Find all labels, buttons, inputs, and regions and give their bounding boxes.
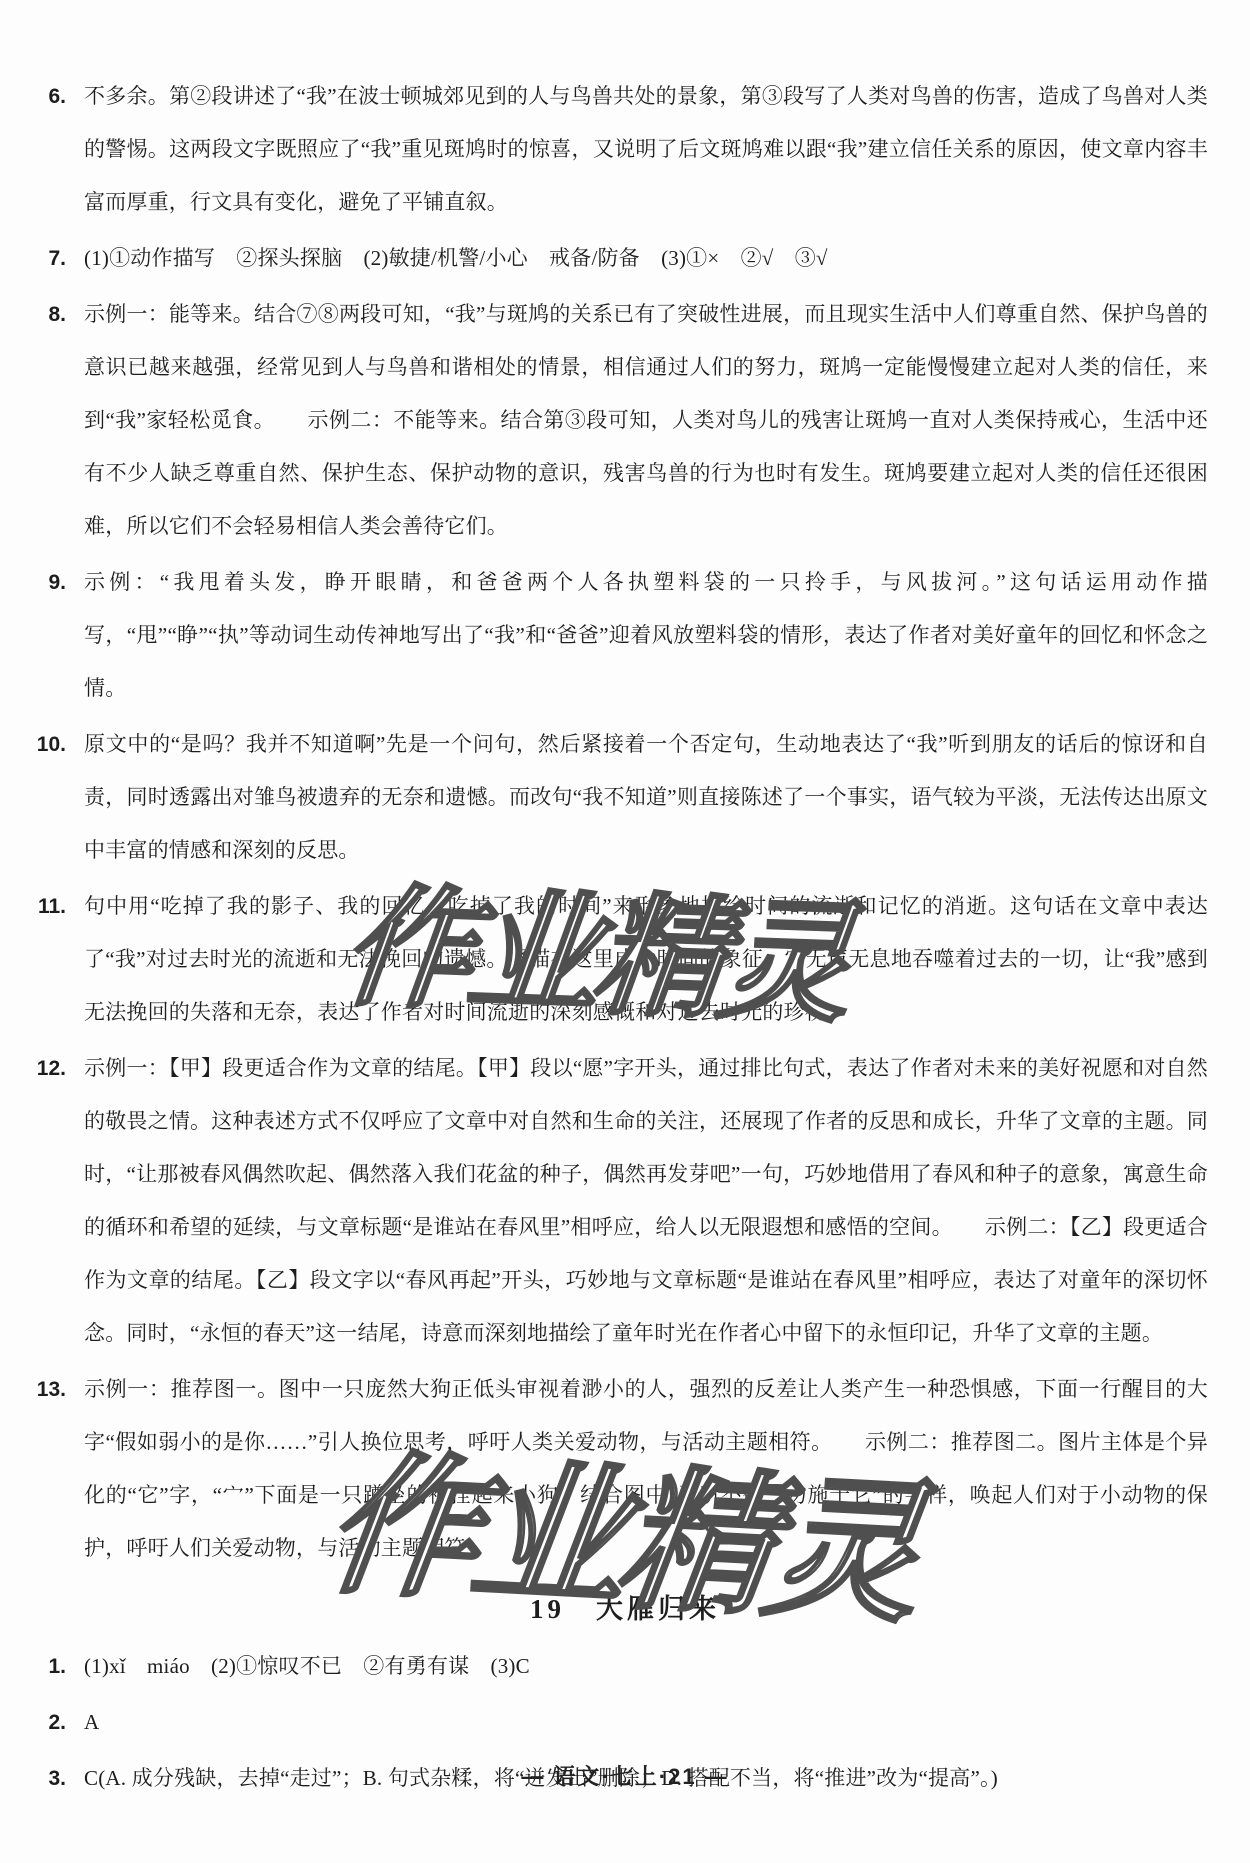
- answer-text: 示例：“我甩着头发，睁开眼睛，和爸爸两个人各执塑料袋的一只拎手，与风拔河。”这句…: [84, 556, 1208, 715]
- item-number: 6.: [0, 70, 84, 123]
- item-number: 13.: [0, 1363, 84, 1416]
- answer-text: 示例一：推荐图一。图中一只庞然大狗正低头审视着渺小的人，强烈的反差让人类产生一种…: [84, 1363, 1208, 1575]
- answer-text: 原文中的“是吗？我并不知道啊”先是一个问句，然后紧接着一个否定句，生动地表达了“…: [84, 718, 1208, 877]
- answer-item-12: 12. 示例一：【甲】段更适合作为文章的结尾。【甲】段以“愿”字开头，通过排比句…: [0, 1042, 1250, 1360]
- answers-list: 6. 不多余。第②段讲述了“我”在波士顿城郊见到的人与鸟兽共处的景象，第③段写了…: [0, 70, 1250, 1808]
- item-number: 2.: [0, 1696, 84, 1749]
- page-footer: — 语文·七上·21 —: [0, 1754, 1250, 1800]
- answer-text: 不多余。第②段讲述了“我”在波士顿城郊见到的人与鸟兽共处的景象，第③段写了人类对…: [84, 70, 1208, 229]
- answer-text: A: [84, 1696, 1208, 1749]
- answer-text: (1)xǐ miáo (2)①惊叹不已 ②有勇有谋 (3)C: [84, 1640, 1208, 1693]
- answer-item-9: 9. 示例：“我甩着头发，睁开眼睛，和爸爸两个人各执塑料袋的一只拎手，与风拔河。…: [0, 556, 1250, 715]
- page: 6. 不多余。第②段讲述了“我”在波士顿城郊见到的人与鸟兽共处的景象，第③段写了…: [0, 0, 1250, 1863]
- answer-item-10: 10. 原文中的“是吗？我并不知道啊”先是一个问句，然后紧接着一个否定句，生动地…: [0, 718, 1250, 877]
- answer-item-13: 13. 示例一：推荐图一。图中一只庞然大狗正低头审视着渺小的人，强烈的反差让人类…: [0, 1363, 1250, 1575]
- section-answer-1: 1. (1)xǐ miáo (2)①惊叹不已 ②有勇有谋 (3)C: [0, 1640, 1250, 1693]
- item-number: 12.: [0, 1042, 84, 1095]
- answer-item-8: 8. 示例一：能等来。结合⑦⑧两段可知，“我”与斑鸠的关系已有了突破性进展，而且…: [0, 288, 1250, 553]
- answer-item-11: 11. 句中用“吃掉了我的影子、我的回忆，吃掉了我的时间”来形象地描绘时间的流逝…: [0, 880, 1250, 1039]
- section-answer-2: 2. A: [0, 1696, 1250, 1749]
- section-heading: 19 大雁归来: [0, 1583, 1250, 1636]
- item-number: 8.: [0, 288, 84, 341]
- page-footer-text: — 语文·七上·21 —: [521, 1764, 728, 1789]
- answer-item-7: 7. (1)①动作描写 ②探头探脑 (2)敏捷/机警/小心 戒备/防备 (3)①…: [0, 232, 1250, 285]
- item-number: 11.: [0, 880, 84, 933]
- answer-text: 示例一：【甲】段更适合作为文章的结尾。【甲】段以“愿”字开头，通过排比句式，表达…: [84, 1042, 1208, 1360]
- item-number: 10.: [0, 718, 84, 771]
- answer-item-6: 6. 不多余。第②段讲述了“我”在波士顿城郊见到的人与鸟兽共处的景象，第③段写了…: [0, 70, 1250, 229]
- answer-text: 示例一：能等来。结合⑦⑧两段可知，“我”与斑鸠的关系已有了突破性进展，而且现实生…: [84, 288, 1208, 553]
- item-number: 1.: [0, 1640, 84, 1693]
- item-number: 7.: [0, 232, 84, 285]
- answer-text: (1)①动作描写 ②探头探脑 (2)敏捷/机警/小心 戒备/防备 (3)①× ②…: [84, 232, 1208, 285]
- answer-text: 句中用“吃掉了我的影子、我的回忆，吃掉了我的时间”来形象地描绘时间的流逝和记忆的…: [84, 880, 1208, 1039]
- item-number: 9.: [0, 556, 84, 609]
